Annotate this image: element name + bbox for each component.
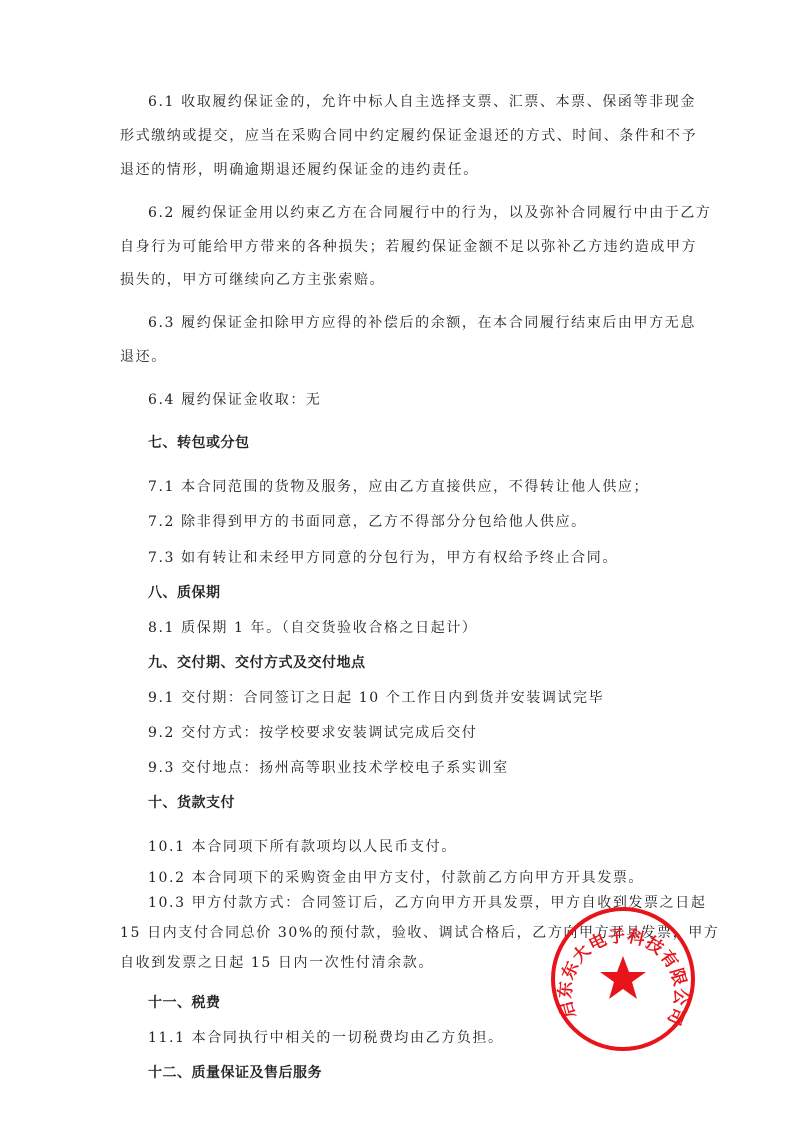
paragraph-line: 6.1 收取履约保证金的，允许中标人自主选择支票、汇票、本票、保函等非现金 [148,92,672,112]
paragraph-line: 6.2 履约保证金用以约束乙方在合同履行中的行为，以及弥补合同履行中由于乙方 [148,203,672,223]
section-heading: 七、转包或分包 [148,433,672,453]
paragraph-line: 9.2 交付方式：按学校要求安装调试完成后交付 [148,723,672,743]
paragraph-line: 退还。 [120,347,672,367]
paragraph-line: 7.3 如有转让和未经甲方同意的分包行为，甲方有权给予终止合同。 [148,548,672,568]
paragraph-line: 6.4 履约保证金收取：无 [148,390,672,410]
section-heading: 十、货款支付 [148,793,672,813]
paragraph-line: 10.1 本合同项下所有款项均以人民币支付。 [148,837,672,857]
paragraph-line: 9.3 交付地点：扬州高等职业技术学校电子系实训室 [148,758,672,778]
paragraph-line: 10.2 本合同项下的采购资金由甲方支付，付款前乙方向甲方开具发票。 [148,868,672,888]
paragraph-line: 7.2 除非得到甲方的书面同意，乙方不得部分分包给他人供应。 [148,512,672,532]
paragraph-line: 自身行为可能给甲方带来的各种损失；若履约保证金额不足以弥补乙方违约造成甲方 [120,237,672,257]
paragraph-line: 8.1 质保期 1 年。（自交货验收合格之日起计） [148,618,672,638]
section-heading: 九、交付期、交付方式及交付地点 [148,653,672,673]
company-seal: 启东东大电子科技有限公司 [548,904,698,1054]
paragraph-line: 形式缴纳或提交，应当在采购合同中约定履约保证金退还的方式、时间、条件和不予 [120,126,672,146]
paragraph-line: 退还的情形，明确逾期退还履约保证金的违约责任。 [120,160,672,180]
paragraph-line: 7.1 本合同范围的货物及服务，应由乙方直接供应，不得转让他人供应； [148,477,672,497]
star-icon [600,956,646,999]
paragraph-line: 损失的，甲方可继续向乙方主张索赔。 [120,270,672,290]
section-heading: 八、质保期 [148,583,672,603]
paragraph-line: 9.1 交付期：合同签订之日起 10 个工作日内到货并安装调试完毕 [148,688,672,708]
paragraph-line: 6.3 履约保证金扣除甲方应得的补偿后的余额，在本合同履行结束后由甲方无息 [148,313,672,333]
section-heading: 十二、质量保证及售后服务 [148,1063,672,1083]
